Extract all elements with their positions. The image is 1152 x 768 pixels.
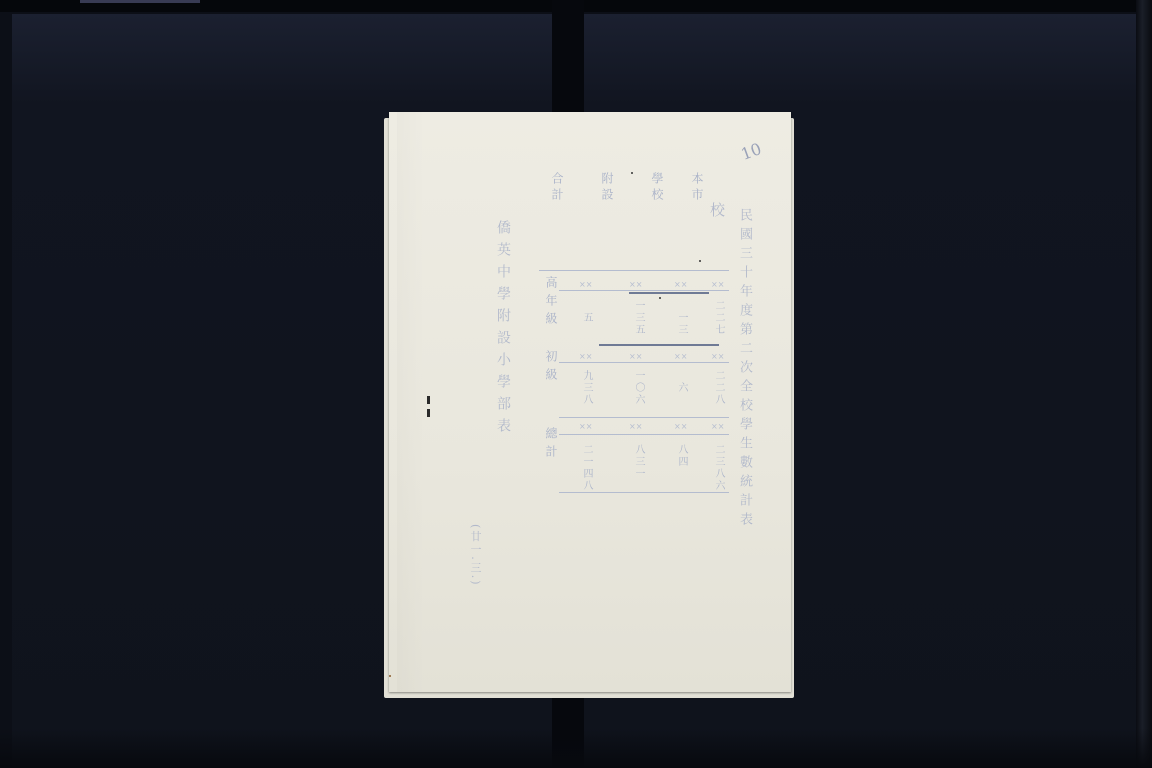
- table-cell: 一三五: [631, 300, 646, 336]
- column-header: 學校: [649, 172, 666, 204]
- row-subvalue: ××: [629, 280, 642, 289]
- rust-spot: [389, 675, 391, 677]
- table-rule: [559, 434, 729, 435]
- table-rule-ink: [629, 292, 709, 294]
- row-subvalue: ××: [674, 352, 687, 361]
- left-title: 僑英中學附設小學部表: [493, 220, 513, 440]
- row-subvalue: ××: [579, 280, 592, 289]
- frame-bottom-shadow: [0, 728, 1152, 768]
- page-number: 10: [738, 139, 764, 164]
- table-rule: [559, 362, 729, 363]
- ink-speck: [659, 297, 661, 299]
- table-cell: 八四: [674, 444, 689, 468]
- row-subvalue: ××: [629, 422, 642, 431]
- statistics-table: 本市 學校 附設 合計 高年級 ×× ×× ×× ×× 五 一三五 一三 二二七…: [539, 172, 729, 502]
- document-page: 10 民國三十年度第二次全校學生數統計表 校 本市 學校 附設 合計 高年級 ×…: [389, 112, 791, 692]
- table-cell: 六: [674, 382, 689, 394]
- table-rule: [539, 270, 729, 271]
- column-header: 合計: [549, 172, 566, 204]
- table-cell: 二二八: [711, 370, 726, 406]
- table-cell: 二一四八: [579, 444, 594, 492]
- document-title: 民國三十年度第二次全校學生數統計表: [735, 208, 754, 531]
- row-subvalue: ××: [629, 352, 642, 361]
- frame-right-edge: [1136, 0, 1152, 768]
- row-label: 初級: [543, 350, 560, 386]
- table-cell: 二二七: [711, 300, 726, 336]
- staple-holes: [427, 396, 430, 418]
- row-subvalue: ××: [579, 422, 592, 431]
- table-cell: 八三一: [631, 444, 646, 480]
- table-cell: 二三八六: [711, 444, 726, 492]
- column-header: 附設: [599, 172, 616, 204]
- row-subvalue: ××: [711, 422, 724, 431]
- row-subvalue: ××: [674, 422, 687, 431]
- row-subvalue: ××: [711, 280, 724, 289]
- row-subvalue: ××: [711, 352, 724, 361]
- table-cell: 五: [579, 312, 594, 324]
- row-label: 總計: [543, 427, 560, 463]
- column-header: 本市: [689, 172, 706, 204]
- row-label: 高年級: [543, 276, 560, 330]
- table-cell: 九三八: [579, 370, 594, 406]
- table-rule-ink: [599, 344, 719, 346]
- table-rule: [559, 290, 729, 291]
- light-reflection: [80, 0, 200, 3]
- table-rule: [559, 492, 729, 493]
- table-rule: [559, 417, 729, 418]
- row-subvalue: ××: [579, 352, 592, 361]
- ink-speck: [631, 172, 633, 174]
- row-subvalue: ××: [674, 280, 687, 289]
- date-mark: (廿一.三.): [467, 524, 483, 587]
- table-cell: 一三: [674, 312, 689, 336]
- paper-fold-shadow: [397, 112, 425, 692]
- table-cell: 一〇六: [631, 370, 646, 406]
- ink-speck: [699, 260, 701, 262]
